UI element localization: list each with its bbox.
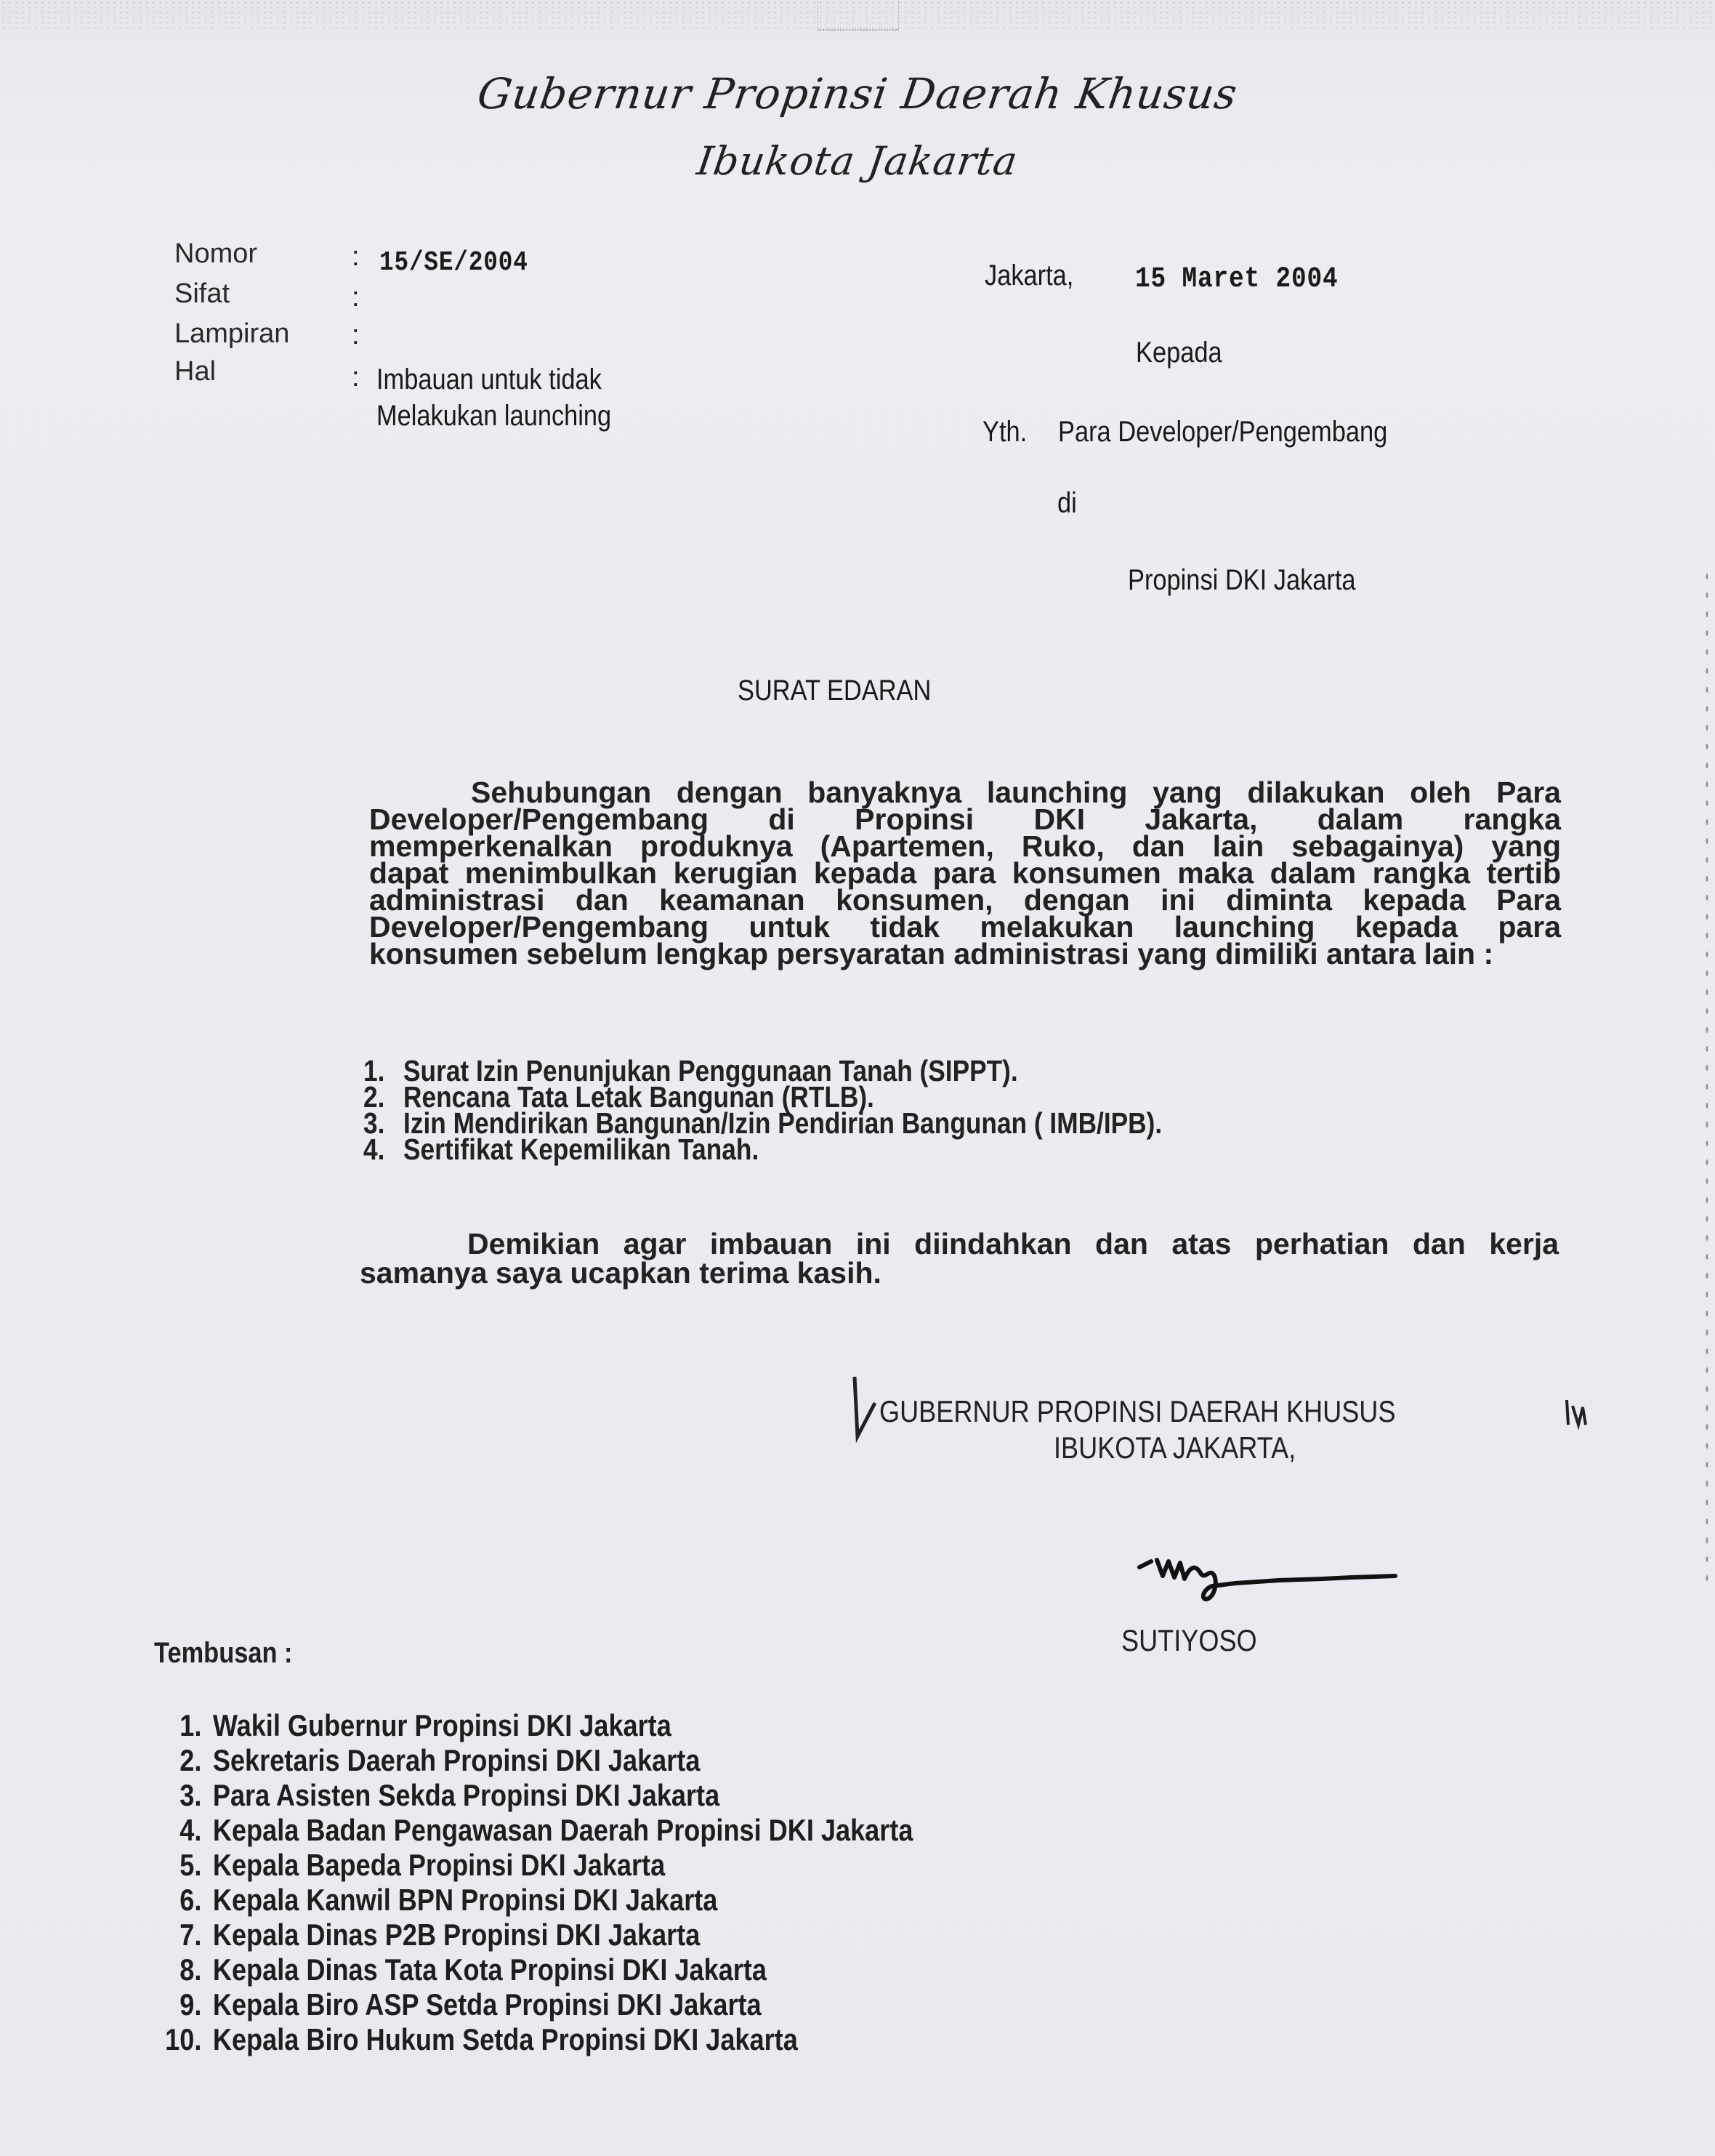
meta-colon: : bbox=[352, 282, 360, 313]
meta-label-lampiran: Lampiran bbox=[174, 318, 289, 350]
closing-paragraph: Demikian agar imbauan ini diindahkan dan… bbox=[360, 1227, 1559, 1285]
body-line: konsumen sebelum lengkap persyaratan adm… bbox=[369, 941, 1561, 968]
checkmark-icon bbox=[850, 1374, 879, 1443]
cc-list: 1.Wakil Gubernur Propinsi DKI Jakarta 2.… bbox=[145, 1708, 913, 2057]
requirements-list: 1.Surat Izin Penunjukan Penggunaan Tanah… bbox=[363, 1058, 1162, 1162]
di-label: di bbox=[1057, 487, 1077, 520]
yth-label: Yth. bbox=[982, 416, 1027, 449]
cc-item: 2.Sekretaris Daerah Propinsi DKI Jakarta bbox=[145, 1743, 913, 1778]
cc-item: 7.Kepala Dinas P2B Propinsi DKI Jakarta bbox=[145, 1918, 913, 1952]
body-paragraph: Sehubungan dengan banyaknya launching ya… bbox=[369, 779, 1561, 968]
letterhead-line-1: Gubernur Propinsi Daerah Khusus bbox=[0, 69, 1715, 118]
cc-item: 10.Kepala Biro Hukum Setda Propinsi DKI … bbox=[145, 2022, 913, 2057]
cc-item: 4.Kepala Badan Pengawasan Daerah Propins… bbox=[145, 1813, 913, 1848]
letter-date: 15 Maret 2004 bbox=[1135, 263, 1339, 296]
meta-colon: : bbox=[352, 241, 360, 273]
handwritten-signature-icon bbox=[1134, 1554, 1417, 1612]
recipient-location: Propinsi DKI Jakarta bbox=[1128, 564, 1356, 597]
requirement-item: 4.Sertifikat Kepemilikan Tanah. bbox=[363, 1136, 1162, 1162]
cc-item: 8.Kepala Dinas Tata Kota Propinsi DKI Ja… bbox=[145, 1952, 913, 1987]
initials-mark-icon bbox=[1562, 1396, 1591, 1432]
meta-label-nomor: Nomor bbox=[174, 238, 257, 270]
meta-colon: : bbox=[352, 362, 360, 393]
signatory-title-line-1: GUBERNUR PROPINSI DAERAH KHUSUS bbox=[879, 1394, 1395, 1429]
to-label: Kepada bbox=[1136, 337, 1222, 369]
cc-item: 6.Kepala Kanwil BPN Propinsi DKI Jakarta bbox=[145, 1883, 913, 1918]
cc-item: 5.Kepala Bapeda Propinsi DKI Jakarta bbox=[145, 1848, 913, 1883]
cc-item: 9.Kepala Biro ASP Setda Propinsi DKI Jak… bbox=[145, 1987, 913, 2022]
cc-item: 3.Para Asisten Sekda Propinsi DKI Jakart… bbox=[145, 1778, 913, 1813]
emblem-icon bbox=[818, 1, 899, 31]
meta-label-hal: Hal bbox=[174, 356, 216, 387]
place-label: Jakarta, bbox=[985, 260, 1073, 292]
scanned-letter-page: Gubernur Propinsi Daerah Khusus Ibukota … bbox=[0, 0, 1715, 2156]
signatory-name: SUTIYOSO bbox=[1121, 1623, 1257, 1658]
scan-edge-artifacts bbox=[1703, 567, 1711, 1585]
meta-value-hal-line-2: Melakukan launching bbox=[376, 400, 611, 433]
closing-line: samanya saya ucapkan terima kasih. bbox=[360, 1256, 1559, 1285]
closing-line: Demikian agar imbauan ini diindahkan dan… bbox=[360, 1227, 1559, 1256]
cc-label: Tembusan : bbox=[154, 1637, 293, 1670]
meta-label-sifat: Sifat bbox=[174, 278, 230, 310]
meta-value-nomor: 15/SE/2004 bbox=[379, 247, 528, 278]
letterhead-line-2: Ibukota Jakarta bbox=[0, 138, 1715, 184]
meta-value-hal-line-1: Imbauan untuk tidak bbox=[376, 363, 602, 396]
cc-item: 1.Wakil Gubernur Propinsi DKI Jakarta bbox=[145, 1708, 913, 1743]
document-title: SURAT EDARAN bbox=[738, 675, 931, 707]
recipient: Para Developer/Pengembang bbox=[1058, 416, 1387, 449]
signatory-title-line-2: IBUKOTA JAKARTA, bbox=[1054, 1431, 1296, 1465]
meta-colon: : bbox=[352, 320, 360, 351]
